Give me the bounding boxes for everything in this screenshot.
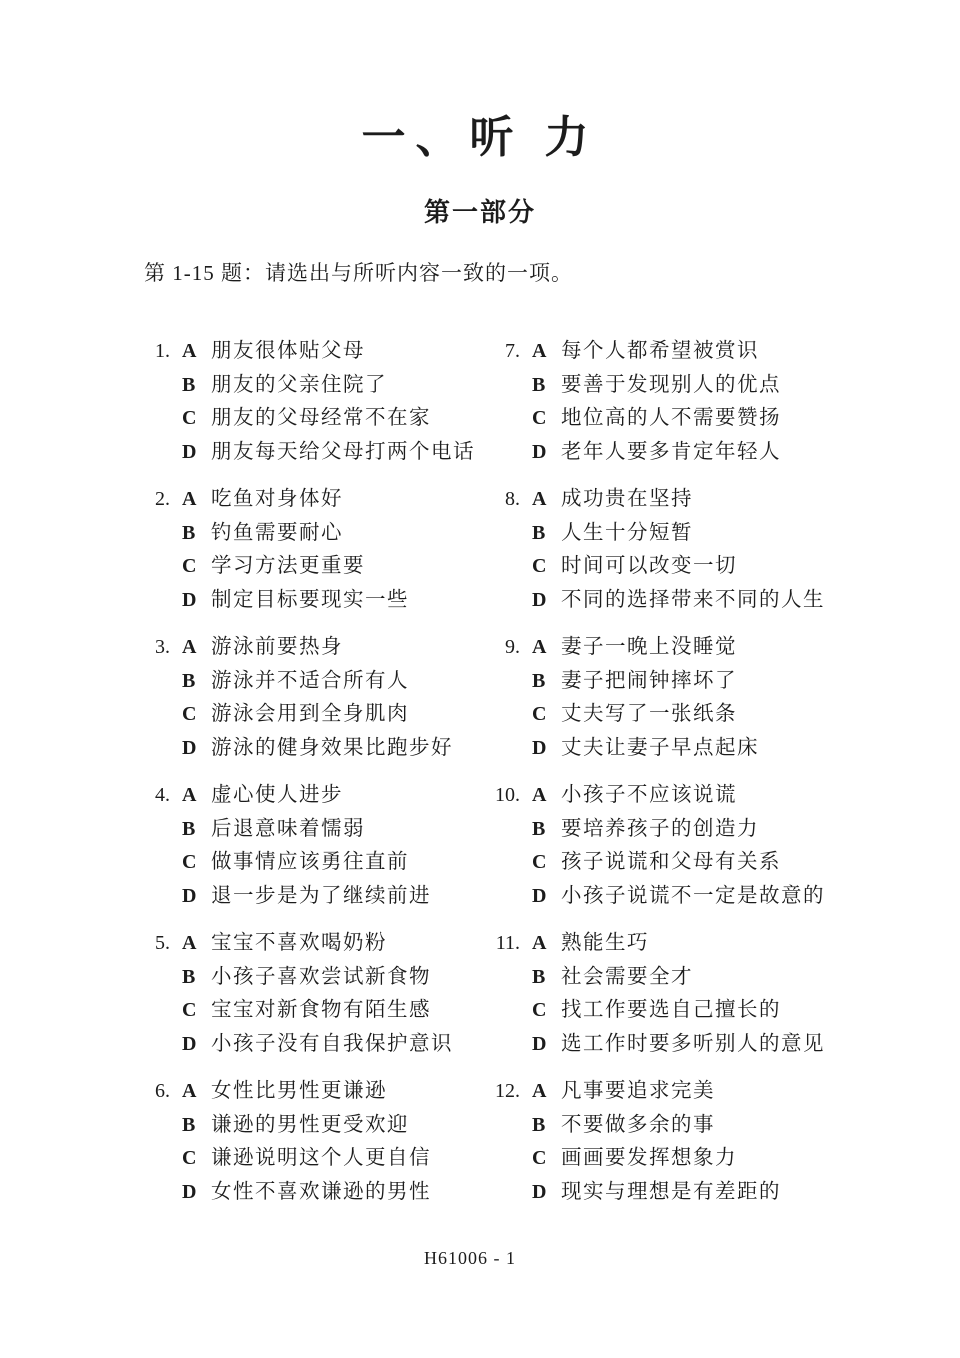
option-letter: A [182, 784, 204, 807]
question-number: 8. [486, 488, 520, 511]
question-number: 3. [136, 636, 170, 659]
question-number: 6. [136, 1080, 170, 1103]
question-3: 3.A游泳前要热身B游泳并不适合所有人C游泳会用到全身肌肉D游泳的健身效果比跑步… [136, 629, 486, 763]
question-number: 9. [486, 636, 520, 659]
option-text: 后退意味着懦弱 [211, 811, 365, 841]
option-letter: D [532, 1181, 554, 1204]
option-letter: A [532, 784, 554, 807]
option-letter: C [182, 999, 204, 1022]
option-text: 地位高的人不需要赞扬 [561, 400, 781, 430]
option-row: B小孩子喜欢尝试新食物 [136, 959, 486, 993]
option-text: 不同的选择带来不同的人生 [561, 582, 825, 612]
option-row: B人生十分短暂 [486, 515, 916, 549]
option-letter: C [532, 407, 554, 430]
option-letter: A [182, 932, 204, 955]
question-7: 7.A每个人都希望被赏识B要善于发现别人的优点C地位高的人不需要赞扬D老年人要多… [486, 333, 916, 467]
option-row: C游泳会用到全身肌肉 [136, 696, 486, 730]
option-row: 1.A朋友很体贴父母 [136, 333, 486, 367]
option-letter: A [182, 488, 204, 511]
option-letter: A [182, 340, 204, 363]
questions-column-left: 1.A朋友很体贴父母B朋友的父亲住院了C朋友的父母经常不在家D朋友每天给父母打两… [136, 333, 486, 1221]
option-row: B后退意味着懦弱 [136, 811, 486, 845]
option-letter: B [182, 522, 204, 545]
question-8: 8.A成功贵在坚持B人生十分短暂C时间可以改变一切D不同的选择带来不同的人生 [486, 481, 916, 615]
option-row: D小孩子说谎不一定是故意的 [486, 878, 916, 912]
option-row: B钓鱼需要耐心 [136, 515, 486, 549]
option-row: D小孩子没有自我保护意识 [136, 1026, 486, 1060]
option-text: 孩子说谎和父母有关系 [561, 844, 781, 874]
option-row: 6.A女性比男性更谦逊 [136, 1073, 486, 1107]
option-letter: B [182, 670, 204, 693]
option-text: 朋友的父母经常不在家 [211, 400, 431, 430]
option-text: 女性不喜欢谦逊的男性 [211, 1174, 431, 1204]
option-row: C做事情应该勇往直前 [136, 844, 486, 878]
option-letter: D [532, 589, 554, 612]
option-text: 小孩子喜欢尝试新食物 [211, 959, 431, 989]
option-row: D选工作时要多听别人的意见 [486, 1026, 916, 1060]
option-row: D老年人要多肯定年轻人 [486, 434, 916, 468]
option-letter: A [532, 636, 554, 659]
option-row: C时间可以改变一切 [486, 548, 916, 582]
option-letter: C [182, 851, 204, 874]
option-letter: B [532, 522, 554, 545]
option-text: 虚心使人进步 [211, 777, 343, 807]
option-text: 每个人都希望被赏识 [561, 333, 759, 363]
question-1: 1.A朋友很体贴父母B朋友的父亲住院了C朋友的父母经常不在家D朋友每天给父母打两… [136, 333, 486, 467]
question-9: 9.A妻子一晚上没睡觉B妻子把闹钟摔坏了C丈夫写了一张纸条D丈夫让妻子早点起床 [486, 629, 916, 763]
option-row: B游泳并不适合所有人 [136, 663, 486, 697]
option-letter: A [182, 1080, 204, 1103]
option-text: 不要做多余的事 [561, 1107, 715, 1137]
question-number: 1. [136, 340, 170, 363]
option-text: 人生十分短暂 [561, 515, 693, 545]
question-number: 2. [136, 488, 170, 511]
option-text: 选工作时要多听别人的意见 [561, 1026, 825, 1056]
option-letter: D [532, 885, 554, 908]
option-text: 小孩子说谎不一定是故意的 [561, 878, 825, 908]
option-row: D朋友每天给父母打两个电话 [136, 434, 486, 468]
option-row: C宝宝对新食物有陌生感 [136, 992, 486, 1026]
option-letter: D [182, 441, 204, 464]
option-row: C画画要发挥想象力 [486, 1140, 916, 1174]
option-text: 谦逊说明这个人更自信 [211, 1140, 431, 1170]
option-letter: C [532, 1147, 554, 1170]
page-footer: H61006 - 1 [0, 1248, 940, 1269]
question-number: 5. [136, 932, 170, 955]
option-letter: D [532, 1033, 554, 1056]
question-number: 7. [486, 340, 520, 363]
option-letter: C [532, 999, 554, 1022]
option-text: 现实与理想是有差距的 [561, 1174, 781, 1204]
option-row: D女性不喜欢谦逊的男性 [136, 1174, 486, 1208]
option-letter: D [182, 589, 204, 612]
option-text: 社会需要全才 [561, 959, 693, 989]
option-text: 小孩子没有自我保护意识 [211, 1026, 453, 1056]
option-letter: A [532, 932, 554, 955]
document-page: 一、听 力 第一部分 第 1-15 题：请选出与所听内容一致的一项。 1.A朋友… [0, 0, 960, 1358]
option-row: 10.A小孩子不应该说谎 [486, 777, 916, 811]
option-letter: B [532, 1114, 554, 1137]
instructions-text: 第 1-15 题：请选出与所听内容一致的一项。 [0, 229, 960, 287]
option-text: 时间可以改变一切 [561, 548, 737, 578]
option-letter: C [182, 1147, 204, 1170]
question-number: 11. [486, 932, 520, 955]
option-text: 做事情应该勇往直前 [211, 844, 409, 874]
option-row: 2.A吃鱼对身体好 [136, 481, 486, 515]
option-row: 3.A游泳前要热身 [136, 629, 486, 663]
option-row: C学习方法更重要 [136, 548, 486, 582]
option-text: 老年人要多肯定年轻人 [561, 434, 781, 464]
option-letter: D [182, 885, 204, 908]
question-number: 12. [486, 1080, 520, 1103]
question-5: 5.A宝宝不喜欢喝奶粉B小孩子喜欢尝试新食物C宝宝对新食物有陌生感D小孩子没有自… [136, 925, 486, 1059]
option-text: 丈夫让妻子早点起床 [561, 730, 759, 760]
option-letter: A [532, 1080, 554, 1103]
option-row: D退一步是为了继续前进 [136, 878, 486, 912]
option-row: C谦逊说明这个人更自信 [136, 1140, 486, 1174]
option-text: 游泳前要热身 [211, 629, 343, 659]
option-letter: C [182, 407, 204, 430]
option-letter: C [532, 555, 554, 578]
option-text: 找工作要选自己擅长的 [561, 992, 781, 1022]
option-letter: D [182, 1033, 204, 1056]
option-text: 宝宝对新食物有陌生感 [211, 992, 431, 1022]
questions-column-right: 7.A每个人都希望被赏识B要善于发现别人的优点C地位高的人不需要赞扬D老年人要多… [486, 333, 916, 1221]
option-letter: B [182, 966, 204, 989]
page-title: 一、听 力 [0, 0, 960, 162]
option-row: D游泳的健身效果比跑步好 [136, 730, 486, 764]
option-text: 退一步是为了继续前进 [211, 878, 431, 908]
option-text: 熟能生巧 [561, 925, 649, 955]
option-letter: B [532, 966, 554, 989]
option-text: 成功贵在坚持 [561, 481, 693, 511]
option-row: D制定目标要现实一些 [136, 582, 486, 616]
option-text: 要培养孩子的创造力 [561, 811, 759, 841]
option-text: 小孩子不应该说谎 [561, 777, 737, 807]
option-row: D不同的选择带来不同的人生 [486, 582, 916, 616]
option-text: 谦逊的男性更受欢迎 [211, 1107, 409, 1137]
part-subtitle: 第一部分 [0, 162, 960, 229]
option-text: 制定目标要现实一些 [211, 582, 409, 612]
option-letter: D [532, 737, 554, 760]
option-letter: A [532, 340, 554, 363]
option-text: 凡事要追求完美 [561, 1073, 715, 1103]
option-letter: B [532, 374, 554, 397]
option-row: B社会需要全才 [486, 959, 916, 993]
option-row: C孩子说谎和父母有关系 [486, 844, 916, 878]
option-row: B要培养孩子的创造力 [486, 811, 916, 845]
option-row: 12.A凡事要追求完美 [486, 1073, 916, 1107]
option-text: 朋友每天给父母打两个电话 [211, 434, 475, 464]
option-text: 游泳会用到全身肌肉 [211, 696, 409, 726]
option-text: 丈夫写了一张纸条 [561, 696, 737, 726]
option-row: B妻子把闹钟摔坏了 [486, 663, 916, 697]
option-text: 游泳的健身效果比跑步好 [211, 730, 453, 760]
option-letter: B [532, 818, 554, 841]
option-row: B要善于发现别人的优点 [486, 367, 916, 401]
option-letter: B [182, 374, 204, 397]
option-text: 朋友很体贴父母 [211, 333, 365, 363]
option-row: C朋友的父母经常不在家 [136, 400, 486, 434]
option-text: 宝宝不喜欢喝奶粉 [211, 925, 387, 955]
question-6: 6.A女性比男性更谦逊B谦逊的男性更受欢迎C谦逊说明这个人更自信D女性不喜欢谦逊… [136, 1073, 486, 1207]
option-letter: C [182, 555, 204, 578]
option-row: D丈夫让妻子早点起床 [486, 730, 916, 764]
option-text: 朋友的父亲住院了 [211, 367, 387, 397]
option-letter: B [532, 670, 554, 693]
option-row: 8.A成功贵在坚持 [486, 481, 916, 515]
option-text: 吃鱼对身体好 [211, 481, 343, 511]
option-row: 11.A熟能生巧 [486, 925, 916, 959]
option-row: 5.A宝宝不喜欢喝奶粉 [136, 925, 486, 959]
option-text: 学习方法更重要 [211, 548, 365, 578]
option-text: 钓鱼需要耐心 [211, 515, 343, 545]
option-letter: D [182, 1181, 204, 1204]
option-text: 妻子把闹钟摔坏了 [561, 663, 737, 693]
option-letter: C [532, 703, 554, 726]
option-row: 7.A每个人都希望被赏识 [486, 333, 916, 367]
option-letter: C [532, 851, 554, 874]
question-number: 10. [486, 784, 520, 807]
option-letter: B [182, 818, 204, 841]
option-letter: C [182, 703, 204, 726]
question-12: 12.A凡事要追求完美B不要做多余的事C画画要发挥想象力D现实与理想是有差距的 [486, 1073, 916, 1207]
option-text: 画画要发挥想象力 [561, 1140, 737, 1170]
option-row: B不要做多余的事 [486, 1107, 916, 1141]
option-text: 游泳并不适合所有人 [211, 663, 409, 693]
question-11: 11.A熟能生巧B社会需要全才C找工作要选自己擅长的D选工作时要多听别人的意见 [486, 925, 916, 1059]
option-row: C丈夫写了一张纸条 [486, 696, 916, 730]
option-letter: A [532, 488, 554, 511]
option-row: C找工作要选自己擅长的 [486, 992, 916, 1026]
option-row: C地位高的人不需要赞扬 [486, 400, 916, 434]
question-10: 10.A小孩子不应该说谎B要培养孩子的创造力C孩子说谎和父母有关系D小孩子说谎不… [486, 777, 916, 911]
option-row: B朋友的父亲住院了 [136, 367, 486, 401]
question-number: 4. [136, 784, 170, 807]
question-4: 4.A虚心使人进步B后退意味着懦弱C做事情应该勇往直前D退一步是为了继续前进 [136, 777, 486, 911]
option-letter: A [182, 636, 204, 659]
option-row: 9.A妻子一晚上没睡觉 [486, 629, 916, 663]
questions-area: 1.A朋友很体贴父母B朋友的父亲住院了C朋友的父母经常不在家D朋友每天给父母打两… [0, 333, 960, 1221]
option-letter: D [182, 737, 204, 760]
option-text: 要善于发现别人的优点 [561, 367, 781, 397]
option-text: 妻子一晚上没睡觉 [561, 629, 737, 659]
option-letter: B [182, 1114, 204, 1137]
option-row: D现实与理想是有差距的 [486, 1174, 916, 1208]
option-row: 4.A虚心使人进步 [136, 777, 486, 811]
option-letter: D [532, 441, 554, 464]
question-2: 2.A吃鱼对身体好B钓鱼需要耐心C学习方法更重要D制定目标要现实一些 [136, 481, 486, 615]
option-text: 女性比男性更谦逊 [211, 1073, 387, 1103]
option-row: B谦逊的男性更受欢迎 [136, 1107, 486, 1141]
